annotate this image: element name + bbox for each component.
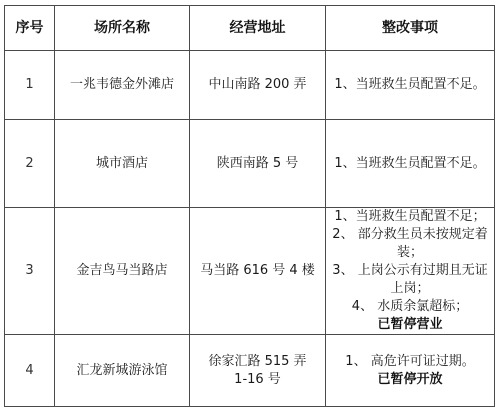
header-venue-name: 场所名称: [55, 6, 190, 51]
row-index: 4: [5, 335, 55, 407]
rectification-items: 1、当班救生员配置不足； 2、 部分救生员未按规定着装； 3、 上岗公示有过期且…: [326, 208, 495, 335]
issue-item: 4、 水质余氯超标；: [330, 298, 490, 316]
venue-address: 马当路 616 号 4 楼: [190, 208, 326, 335]
venue-address: 陕西南路 5 号: [190, 120, 326, 208]
address-line: 马当路 616 号 4 楼: [194, 262, 321, 280]
issue-item: 1、当班救生员配置不足；: [330, 208, 490, 226]
address-line: 陕西南路 5 号: [194, 155, 321, 173]
status-badge: 已暂停营业: [330, 316, 490, 334]
venue-address: 徐家汇路 515 弄 1-16 号: [190, 335, 326, 407]
address-line: 1-16 号: [194, 371, 321, 389]
table-row: 3 金吉鸟马当路店 马当路 616 号 4 楼 1、当班救生员配置不足； 2、 …: [5, 208, 495, 335]
issue-item: 1、当班救生员配置不足。: [330, 155, 490, 173]
table-row: 4 汇龙新城游泳馆 徐家汇路 515 弄 1-16 号 1、 高危许可证过期。 …: [5, 335, 495, 407]
rectification-items: 1、当班救生员配置不足。: [326, 51, 495, 120]
rectification-items: 1、当班救生员配置不足。: [326, 120, 495, 208]
table-row: 1 一兆韦德金外滩店 中山南路 200 弄 1、当班救生员配置不足。: [5, 51, 495, 120]
venue-name: 一兆韦德金外滩店: [55, 51, 190, 120]
address-line: 徐家汇路 515 弄: [194, 353, 321, 371]
rectification-items: 1、 高危许可证过期。 已暂停开放: [326, 335, 495, 407]
header-index: 序号: [5, 6, 55, 51]
issue-item: 1、 高危许可证过期。: [330, 353, 490, 371]
rectification-table: 序号 场所名称 经营地址 整改事项 1 一兆韦德金外滩店 中山南路 200 弄 …: [4, 5, 495, 407]
table-header-row: 序号 场所名称 经营地址 整改事项: [5, 6, 495, 51]
table-row: 2 城市酒店 陕西南路 5 号 1、当班救生员配置不足。: [5, 120, 495, 208]
issue-item: 2、 部分救生员未按规定着装；: [330, 226, 490, 262]
address-line: 中山南路 200 弄: [194, 76, 321, 94]
status-badge: 已暂停开放: [330, 371, 490, 389]
row-index: 2: [5, 120, 55, 208]
header-address: 经营地址: [190, 6, 326, 51]
issue-item: 3、 上岗公示有过期且无证上岗；: [330, 262, 490, 298]
venue-name: 金吉鸟马当路店: [55, 208, 190, 335]
venue-name: 汇龙新城游泳馆: [55, 335, 190, 407]
venue-address: 中山南路 200 弄: [190, 51, 326, 120]
row-index: 3: [5, 208, 55, 335]
venue-name: 城市酒店: [55, 120, 190, 208]
issue-item: 1、当班救生员配置不足。: [330, 76, 490, 94]
header-rectification-items: 整改事项: [326, 6, 495, 51]
row-index: 1: [5, 51, 55, 120]
